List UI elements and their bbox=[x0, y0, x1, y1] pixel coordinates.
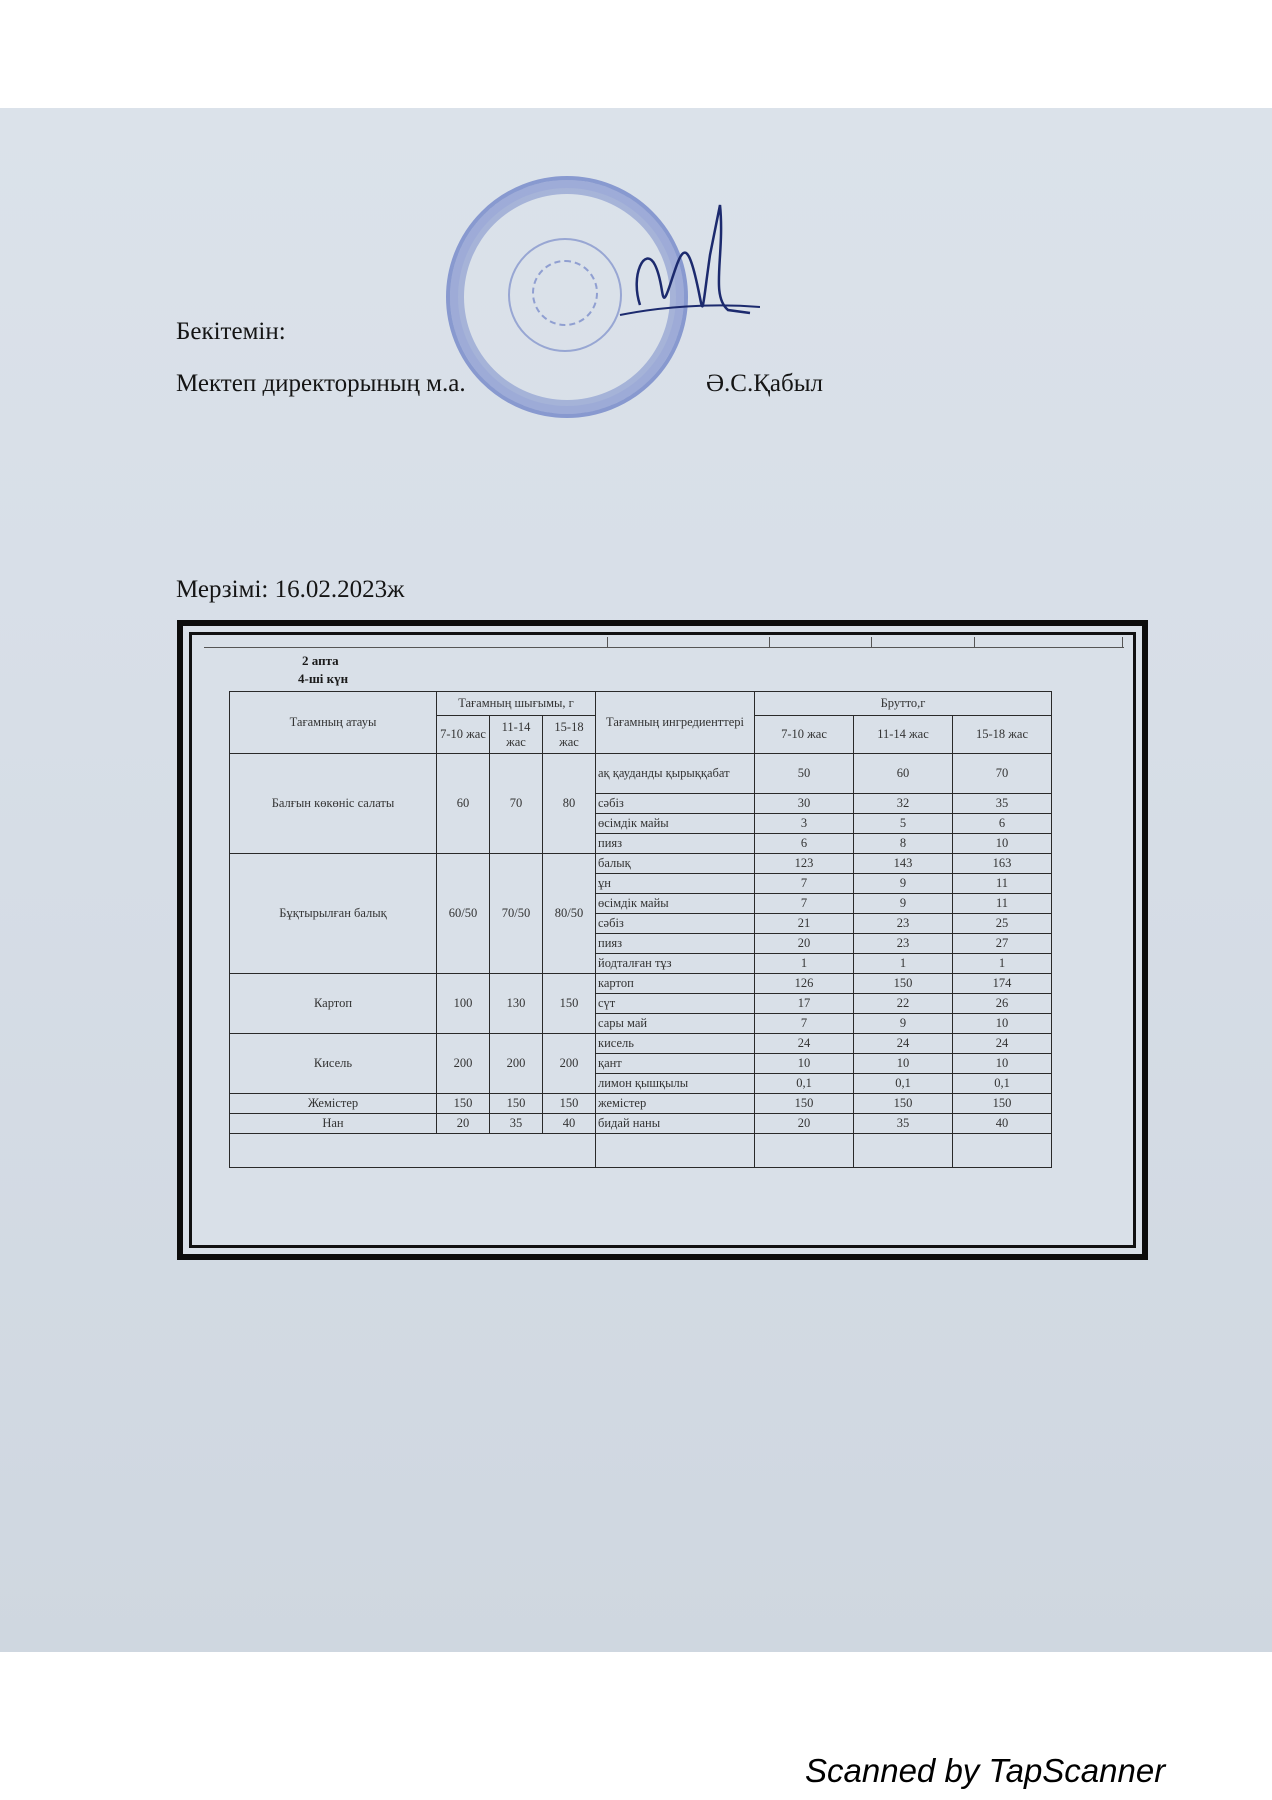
ingredient-brutto: 123 bbox=[755, 854, 854, 874]
dish-name: Балғын көкөніс салаты bbox=[230, 754, 437, 854]
col-brutto-group: Брутто,г bbox=[755, 692, 1052, 716]
empty-cell bbox=[755, 1134, 854, 1168]
ingredient-brutto: 23 bbox=[854, 914, 953, 934]
dish-yield: 150 bbox=[543, 974, 596, 1034]
dish-yield: 60/50 bbox=[437, 854, 490, 974]
dish-yield: 70/50 bbox=[490, 854, 543, 974]
table-row: Бұқтырылған балық60/5070/5080/50балық123… bbox=[230, 854, 1052, 874]
dish-yield: 20 bbox=[437, 1114, 490, 1134]
dish-name: Нан bbox=[230, 1114, 437, 1134]
ingredient-brutto: 26 bbox=[953, 994, 1052, 1014]
ingredient-brutto: 30 bbox=[755, 794, 854, 814]
col-dish-name: Тағамның атауы bbox=[230, 692, 437, 754]
menu-frame: 2 апта 4-ші күн Тағамның атауы Тағамның … bbox=[177, 620, 1148, 1260]
ingredient-brutto: 6 bbox=[755, 834, 854, 854]
ingredient-name: өсімдік майы bbox=[596, 814, 755, 834]
ingredient-brutto: 70 bbox=[953, 754, 1052, 794]
dish-name: Кисель bbox=[230, 1034, 437, 1094]
ingredient-brutto: 10 bbox=[953, 834, 1052, 854]
ingredient-brutto: 7 bbox=[755, 874, 854, 894]
ingredient-brutto: 24 bbox=[755, 1034, 854, 1054]
dish-yield: 60 bbox=[437, 754, 490, 854]
ingredient-brutto: 23 bbox=[854, 934, 953, 954]
ingredient-brutto: 10 bbox=[755, 1054, 854, 1074]
ingredient-brutto: 20 bbox=[755, 1114, 854, 1134]
signature-icon bbox=[600, 195, 760, 355]
ingredient-name: өсімдік майы bbox=[596, 894, 755, 914]
ingredient-brutto: 8 bbox=[854, 834, 953, 854]
col-yield-age: 15-18 жас bbox=[543, 716, 596, 754]
director-name: Ә.С.Қабыл bbox=[706, 370, 823, 398]
approval-date: Мерзімі: 16.02.2023ж bbox=[176, 576, 404, 604]
ingredient-brutto: 20 bbox=[755, 934, 854, 954]
ingredient-brutto: 7 bbox=[755, 894, 854, 914]
ingredient-brutto: 7 bbox=[755, 1014, 854, 1034]
col-brutto-age: 15-18 жас bbox=[953, 716, 1052, 754]
ingredient-brutto: 21 bbox=[755, 914, 854, 934]
ingredient-brutto: 126 bbox=[755, 974, 854, 994]
ingredient-name: жемістер bbox=[596, 1094, 755, 1114]
director-title: Мектеп директорының м.а. bbox=[176, 370, 466, 397]
dish-yield: 80/50 bbox=[543, 854, 596, 974]
dish-yield: 200 bbox=[543, 1034, 596, 1094]
col-brutto-age: 11-14 жас bbox=[854, 716, 953, 754]
dish-yield: 150 bbox=[543, 1094, 596, 1114]
ingredient-brutto: 9 bbox=[854, 894, 953, 914]
ingredient-brutto: 3 bbox=[755, 814, 854, 834]
ingredient-brutto: 27 bbox=[953, 934, 1052, 954]
ingredient-name: қант bbox=[596, 1054, 755, 1074]
dish-yield: 40 bbox=[543, 1114, 596, 1134]
table-row: Картоп100130150картоп126150174 bbox=[230, 974, 1052, 994]
ingredient-brutto: 24 bbox=[953, 1034, 1052, 1054]
ingredient-name: сары май bbox=[596, 1014, 755, 1034]
week-label: 2 апта bbox=[302, 653, 339, 669]
dish-yield: 100 bbox=[437, 974, 490, 1034]
ingredient-name: картоп bbox=[596, 974, 755, 994]
dish-yield: 70 bbox=[490, 754, 543, 854]
emblem-icon bbox=[532, 260, 598, 326]
day-label: 4-ші күн bbox=[298, 671, 348, 687]
ingredient-brutto: 0,1 bbox=[755, 1074, 854, 1094]
director-line: Мектеп директорының м.а. Ә.С.Қабыл bbox=[176, 370, 466, 398]
table-row: Нан203540бидай наны203540 bbox=[230, 1114, 1052, 1134]
col-yield-age: 7-10 жас bbox=[437, 716, 490, 754]
ingredient-brutto: 9 bbox=[854, 874, 953, 894]
cropped-table-edge bbox=[204, 637, 1124, 648]
ingredient-brutto: 24 bbox=[854, 1034, 953, 1054]
menu-frame-inner: 2 апта 4-ші күн Тағамның атауы Тағамның … bbox=[189, 632, 1136, 1248]
empty-cell bbox=[596, 1134, 755, 1168]
ingredient-name: балық bbox=[596, 854, 755, 874]
ingredient-brutto: 1 bbox=[953, 954, 1052, 974]
ingredient-brutto: 6 bbox=[953, 814, 1052, 834]
ingredient-name: ұн bbox=[596, 874, 755, 894]
ingredient-name: сәбіз bbox=[596, 914, 755, 934]
ingredient-brutto: 9 bbox=[854, 1014, 953, 1034]
table-row: Балғын көкөніс салаты607080ақ қауданды қ… bbox=[230, 754, 1052, 794]
table-row: Жемістер150150150жемістер150150150 bbox=[230, 1094, 1052, 1114]
ingredient-name: лимон қышқылы bbox=[596, 1074, 755, 1094]
empty-cell bbox=[230, 1134, 596, 1168]
ingredient-brutto: 10 bbox=[854, 1054, 953, 1074]
ingredient-name: кисель bbox=[596, 1034, 755, 1054]
ingredient-brutto: 17 bbox=[755, 994, 854, 1014]
scanner-watermark: Scanned by TapScanner bbox=[805, 1752, 1165, 1790]
empty-cell bbox=[854, 1134, 953, 1168]
dish-name: Жемістер bbox=[230, 1094, 437, 1114]
ingredient-brutto: 150 bbox=[755, 1094, 854, 1114]
ingredient-name: бидай наны bbox=[596, 1114, 755, 1134]
ingredient-brutto: 150 bbox=[854, 1094, 953, 1114]
ingredient-brutto: 0,1 bbox=[854, 1074, 953, 1094]
ingredient-name: сәбіз bbox=[596, 794, 755, 814]
dish-yield: 200 bbox=[490, 1034, 543, 1094]
dish-yield: 150 bbox=[490, 1094, 543, 1114]
dish-yield: 200 bbox=[437, 1034, 490, 1094]
dish-yield: 35 bbox=[490, 1114, 543, 1134]
ingredient-name: йодталған тұз bbox=[596, 954, 755, 974]
ingredient-brutto: 150 bbox=[854, 974, 953, 994]
ingredient-brutto: 163 bbox=[953, 854, 1052, 874]
ingredient-name: сүт bbox=[596, 994, 755, 1014]
ingredient-brutto: 40 bbox=[953, 1114, 1052, 1134]
ingredient-brutto: 35 bbox=[953, 794, 1052, 814]
ingredient-brutto: 32 bbox=[854, 794, 953, 814]
ingredient-brutto: 0,1 bbox=[953, 1074, 1052, 1094]
dish-yield: 80 bbox=[543, 754, 596, 854]
ingredient-brutto: 10 bbox=[953, 1014, 1052, 1034]
ingredient-brutto: 25 bbox=[953, 914, 1052, 934]
ingredient-brutto: 11 bbox=[953, 874, 1052, 894]
ingredient-brutto: 60 bbox=[854, 754, 953, 794]
ingredient-brutto: 1 bbox=[755, 954, 854, 974]
ingredient-brutto: 5 bbox=[854, 814, 953, 834]
ingredient-brutto: 150 bbox=[953, 1094, 1052, 1114]
col-brutto-age: 7-10 жас bbox=[755, 716, 854, 754]
ingredient-brutto: 174 bbox=[953, 974, 1052, 994]
table-row: Кисель200200200кисель242424 bbox=[230, 1034, 1052, 1054]
ingredient-brutto: 35 bbox=[854, 1114, 953, 1134]
col-yield-group: Тағамның шығымы, г bbox=[437, 692, 596, 716]
dish-yield: 150 bbox=[437, 1094, 490, 1114]
ingredient-brutto: 1 bbox=[854, 954, 953, 974]
menu-table: Тағамның атауы Тағамның шығымы, г Тағамн… bbox=[229, 691, 1052, 1168]
empty-cell bbox=[953, 1134, 1052, 1168]
ingredient-brutto: 143 bbox=[854, 854, 953, 874]
col-ingredients: Тағамның ингредиенттері bbox=[596, 692, 755, 754]
ingredient-name: пияз bbox=[596, 934, 755, 954]
ingredient-brutto: 11 bbox=[953, 894, 1052, 914]
ingredient-brutto: 50 bbox=[755, 754, 854, 794]
dish-name: Бұқтырылған балық bbox=[230, 854, 437, 974]
ingredient-name: пияз bbox=[596, 834, 755, 854]
dish-yield: 130 bbox=[490, 974, 543, 1034]
ingredient-name: ақ қауданды қырыққабат bbox=[596, 754, 755, 794]
col-yield-age: 11-14 жас bbox=[490, 716, 543, 754]
empty-row bbox=[230, 1134, 1052, 1168]
ingredient-brutto: 22 bbox=[854, 994, 953, 1014]
dish-name: Картоп bbox=[230, 974, 437, 1034]
approve-label: Бекітемін: bbox=[176, 318, 286, 346]
ingredient-brutto: 10 bbox=[953, 1054, 1052, 1074]
